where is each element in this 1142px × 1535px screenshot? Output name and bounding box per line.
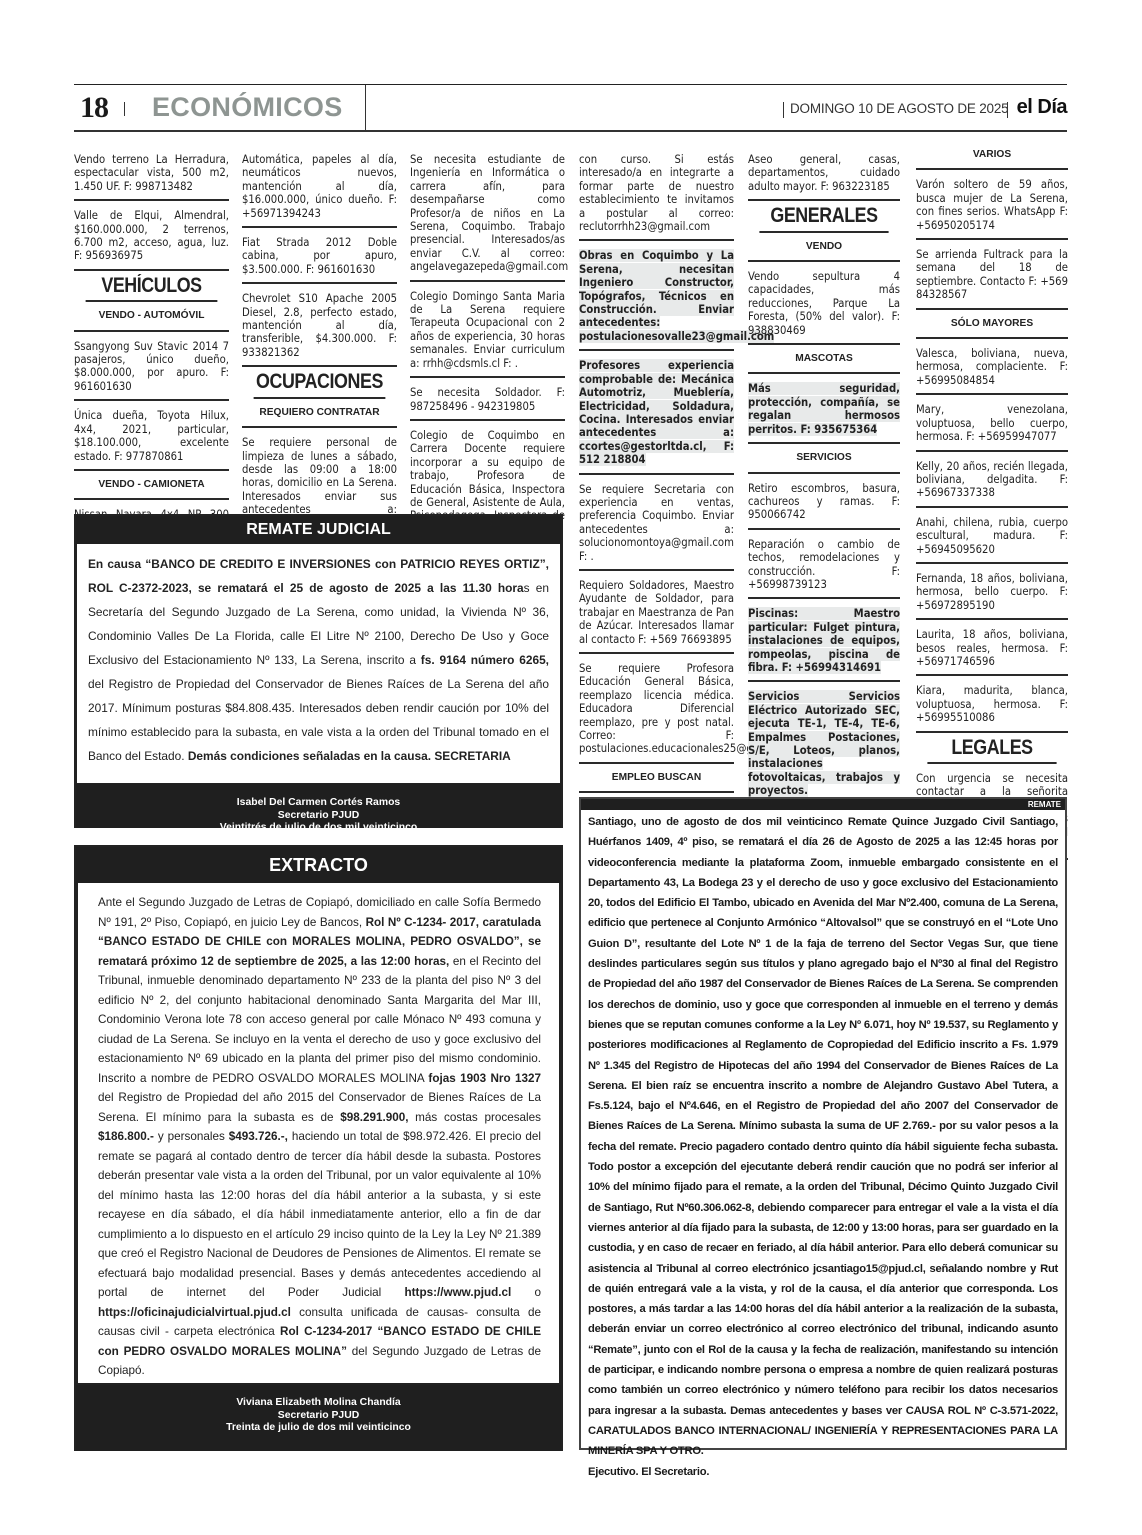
notice-bold-text: fs. 9164 número 6265, bbox=[421, 653, 549, 667]
classified-ad: Aseo general, casas, departamentos, cuid… bbox=[748, 150, 900, 201]
subcategory-heading: VARIOS bbox=[916, 142, 1068, 170]
subcategory-heading: SERVICIOS bbox=[748, 444, 900, 473]
notice-signature: Viviana Elizabeth Molina Chandía Secreta… bbox=[76, 1385, 561, 1451]
notice-text: haciendo un total de $98.972.426. El pre… bbox=[98, 1130, 541, 1299]
section-title: ECONÓMICOS bbox=[152, 92, 343, 123]
classifieds-column-4: con curso. Si estás interesado/a en inte… bbox=[579, 150, 734, 849]
classified-ad: Retiro escombros, basura, cachureos y ra… bbox=[748, 479, 900, 530]
ad-text: Piscinas: Maestro particular: Fulget pin… bbox=[748, 607, 900, 674]
classified-ad: con curso. Si estás interesado/a en inte… bbox=[579, 150, 734, 241]
classifieds-column-3: Se necesita estudiante de Ingeniería en … bbox=[410, 150, 565, 542]
divider bbox=[365, 85, 366, 132]
oficina-judicial-link[interactable]: https://oficinajudicialvirtual.pjud.cl bbox=[98, 1306, 291, 1319]
ad-text: Más seguridad, protección, compañía, se … bbox=[748, 382, 900, 435]
subcategory-heading: VENDO bbox=[748, 233, 900, 262]
classified-ad: Vendo terreno La Herradura, espectacular… bbox=[74, 150, 229, 201]
subcategory-heading: VENDO - CAMIONETA bbox=[74, 471, 229, 500]
notice-tag: REMATE bbox=[581, 799, 1065, 810]
notice-bold-text: fojas 1903 Nro 1327 bbox=[428, 1072, 541, 1085]
classified-ad-highlighted: Obras en Coquimbo y La Serena, necesitan… bbox=[579, 246, 734, 351]
classified-ad: Chevrolet S10 Apache 2005 Diesel, 2.8, p… bbox=[242, 289, 397, 367]
newspaper-logo: el Día bbox=[1017, 96, 1067, 119]
pjud-link[interactable]: https://www.pjud.cl bbox=[405, 1286, 512, 1299]
notice-closing: Ejecutivo. El Secretario. bbox=[588, 1462, 1058, 1482]
classified-ad: Colegio Domingo Santa Maria de La Serena… bbox=[410, 287, 565, 378]
classified-ad: Fiat Strada 2012 Doble cabina, por apuro… bbox=[242, 233, 397, 284]
issue-date: DOMINGO 10 DE AGOSTO DE 2025 bbox=[790, 101, 1008, 116]
classifieds-column-1: Vendo terreno La Herradura, espectacular… bbox=[74, 150, 229, 541]
notice-bold-text: En causa “BANCO DE CREDITO E INVERSIONES… bbox=[88, 557, 549, 595]
classified-ad: Mary, venezolana, voluptuosa, bello cuer… bbox=[916, 400, 1068, 451]
classified-ad: Kelly, 20 años, recién llegada, bolivian… bbox=[916, 457, 1068, 508]
signer-title: Secretario PJUD bbox=[76, 810, 561, 823]
notice-signature: Isabel Del Carmen Cortés Ramos Secretari… bbox=[76, 784, 561, 828]
classified-ad: Valle de Elqui, Almendral, $160.000.000,… bbox=[74, 206, 229, 271]
classified-ad: Se necesita estudiante de Ingeniería en … bbox=[410, 150, 565, 282]
classified-ad: Se necesita Soldador. F: 987258496 - 942… bbox=[410, 383, 565, 421]
classified-ad-highlighted: Profesores experiencia comprobable de: M… bbox=[579, 356, 734, 474]
notice-body: Santiago, uno de agosto de dos mil veint… bbox=[581, 810, 1065, 1486]
classifieds-column-2: Automática, papeles al día, neumáticos n… bbox=[242, 150, 397, 538]
classified-ad: Varón soltero de 59 años, busca mujer de… bbox=[916, 175, 1068, 240]
classified-ad: Fernanda, 18 años, boliviana, hermosa, b… bbox=[916, 569, 1068, 620]
classified-ad: Única dueña, Toyota Hilux, 4x4, 2021, pa… bbox=[74, 406, 229, 471]
category-heading: GENERALES bbox=[759, 201, 888, 232]
divider bbox=[783, 102, 784, 118]
classified-ad: Laurita, 18 años, boliviana, besos reale… bbox=[916, 625, 1068, 676]
signer-name: Viviana Elizabeth Molina Chandía bbox=[76, 1397, 561, 1410]
category-heading: VEHÍCULOS bbox=[86, 271, 218, 302]
notice-text: o bbox=[511, 1286, 541, 1299]
signature-date: Treinta de julio de dos mil veinticinco bbox=[76, 1422, 561, 1435]
notice-text: y personales bbox=[154, 1130, 229, 1143]
ad-text: Profesores experiencia comprobable de: M… bbox=[579, 359, 734, 466]
remate-santiago-notice: REMATE Santiago, uno de agosto de dos mi… bbox=[579, 797, 1067, 1450]
subcategory-heading: MASCOTAS bbox=[748, 345, 900, 374]
classified-ad: Reparación o cambio de techos, remodelac… bbox=[748, 535, 900, 600]
notice-bold-text: $98.291.900, bbox=[340, 1111, 408, 1124]
classified-ad: Se requiere Profesora Educación General … bbox=[579, 659, 734, 764]
page-header: 18 ECONÓMICOS DOMINGO 10 DE AGOSTO DE 20… bbox=[74, 84, 1067, 132]
notice-text: Santiago, uno de agosto de dos mil veint… bbox=[588, 812, 1058, 1462]
classifieds-column-5: Aseo general, casas, departamentos, cuid… bbox=[748, 150, 900, 832]
classified-ad: Automática, papeles al día, neumáticos n… bbox=[242, 150, 397, 228]
notice-bold-text: Demás condiciones señaladas en la causa.… bbox=[188, 749, 511, 763]
notice-title: REMATE JUDICIAL bbox=[76, 516, 561, 544]
classified-ad: Anahi, chilena, rubia, cuerpo escultural… bbox=[916, 513, 1068, 564]
subcategory-heading: REQUIERO CONTRATAR bbox=[242, 399, 397, 428]
classified-ad-highlighted: Piscinas: Maestro particular: Fulget pin… bbox=[748, 604, 900, 682]
subcategory-heading: SÓLO MAYORES bbox=[916, 310, 1068, 339]
signer-name: Isabel Del Carmen Cortés Ramos bbox=[76, 797, 561, 810]
extracto-notice: EXTRACTO Ante el Segundo Juzgado de Letr… bbox=[74, 845, 563, 1451]
subcategory-heading: VENDO - AUTOMÓVIL bbox=[74, 302, 229, 331]
classified-ad: Requiero Soldadores, Maestro Ayudante de… bbox=[579, 576, 734, 654]
category-heading: OCUPACIONES bbox=[254, 367, 386, 398]
classifieds-column-6: VARIOS Varón soltero de 59 años, busca m… bbox=[916, 142, 1068, 860]
classified-ad: Valesca, boliviana, nueva, hermosa, comp… bbox=[916, 344, 1068, 395]
notice-bold-text: $493.726.-, bbox=[229, 1130, 288, 1143]
notice-bold-text: $186.800.- bbox=[98, 1130, 154, 1143]
ad-text: Obras en Coquimbo y La Serena, necesitan… bbox=[579, 249, 774, 342]
classified-ad: Se arrienda Fultrack para la semana del … bbox=[916, 245, 1068, 310]
classified-ad: Kiara, madurita, blanca, voluptuosa, her… bbox=[916, 681, 1068, 732]
classified-ad: Vendo sepultura 4 capacidades, más reduc… bbox=[748, 267, 900, 345]
subcategory-heading: EMPLEO BUSCAN bbox=[579, 764, 734, 793]
classified-ad: Se requiere Secretaria con experiencia e… bbox=[579, 480, 734, 571]
classified-ad-highlighted: Más seguridad, protección, compañía, se … bbox=[748, 379, 900, 444]
notice-body: En causa “BANCO DE CREDITO E INVERSIONES… bbox=[76, 544, 561, 784]
divider bbox=[124, 102, 125, 116]
classified-ad: Ssangyong Suv Stavic 2014 7 pasajeros, ú… bbox=[74, 337, 229, 402]
category-heading: LEGALES bbox=[927, 733, 1056, 764]
signature-date: Veintitrés de julio de dos mil veinticin… bbox=[76, 822, 561, 835]
notice-text: en el Recinto del Tribunal, inmueble den… bbox=[98, 955, 541, 1085]
page-number: 18 bbox=[80, 91, 108, 125]
notice-body: Ante el Segundo Juzgado de Letras de Cop… bbox=[76, 883, 561, 1385]
notice-title: EXTRACTO bbox=[76, 847, 561, 883]
notice-text: más costas procesales bbox=[408, 1111, 541, 1124]
signer-title: Secretario PJUD bbox=[76, 1410, 561, 1423]
remate-judicial-notice: REMATE JUDICIAL En causa “BANCO DE CREDI… bbox=[74, 514, 563, 828]
divider bbox=[1007, 102, 1008, 118]
